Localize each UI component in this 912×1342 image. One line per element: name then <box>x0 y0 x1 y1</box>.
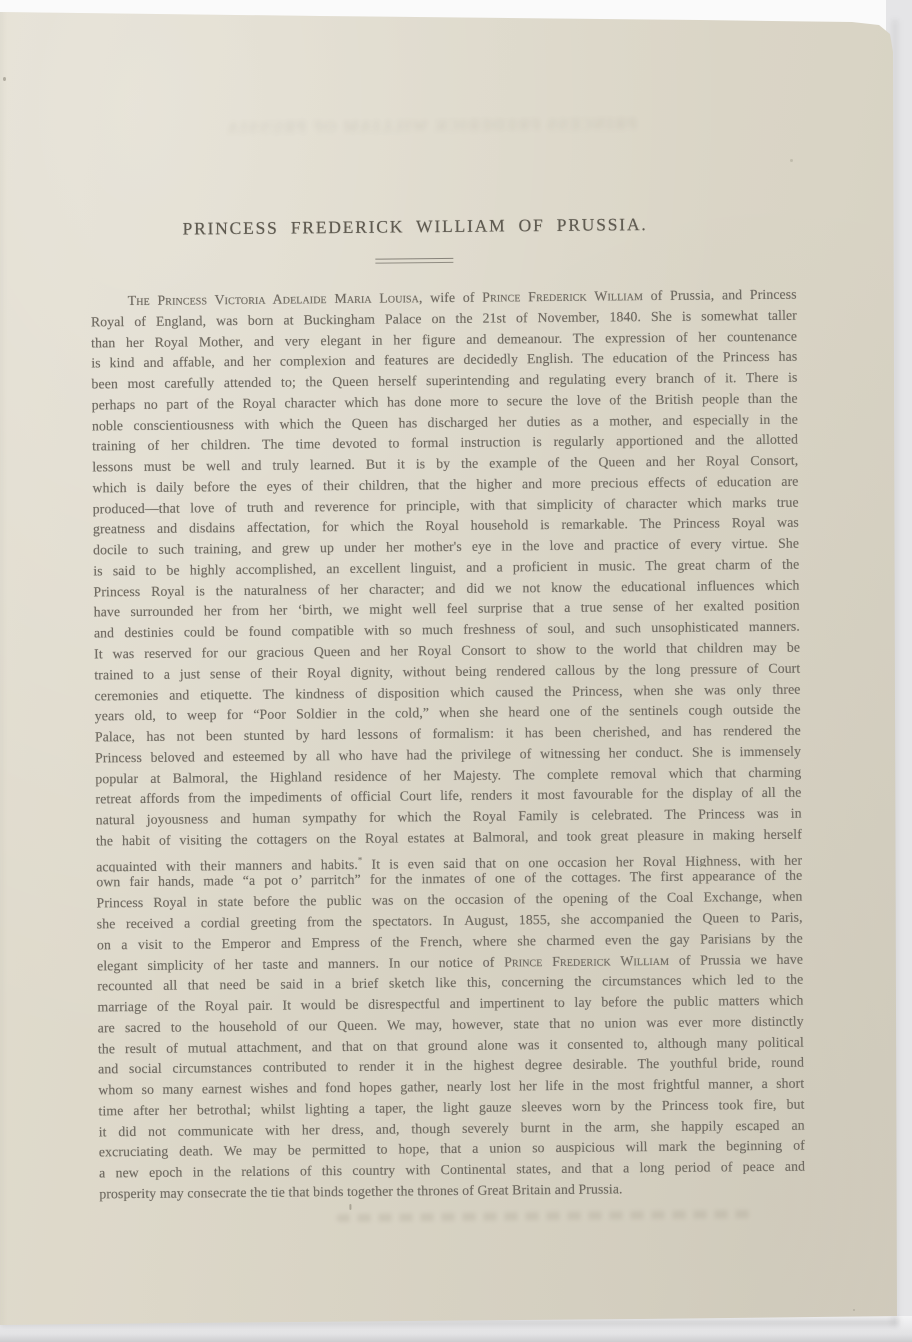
paper-speck <box>3 77 6 81</box>
scanned-page-photo: PRINCESS FREDERICK WILLIAM OF PRUSSIA PR… <box>0 0 912 1342</box>
title-divider-rule <box>375 258 453 264</box>
paper-speck <box>349 1204 351 1210</box>
body-text: The Princess Victoria Adelaide Maria Lou… <box>91 285 806 1205</box>
verso-showthrough-line <box>336 1210 754 1222</box>
verso-showthrough-title: PRINCESS FREDERICK WILLIAM OF PRUSSIA <box>216 116 646 148</box>
paper-speck <box>790 159 793 162</box>
paper-sheet: PRINCESS FREDERICK WILLIAM OF PRUSSIA PR… <box>0 0 912 1342</box>
printed-content: PRINCESS FREDERICK WILLIAM OF PRUSSIA PR… <box>0 0 912 1342</box>
paper-speck <box>853 1309 855 1311</box>
page-title: PRINCESS FREDERICK WILLIAM OF PRUSSIA. <box>165 214 665 240</box>
